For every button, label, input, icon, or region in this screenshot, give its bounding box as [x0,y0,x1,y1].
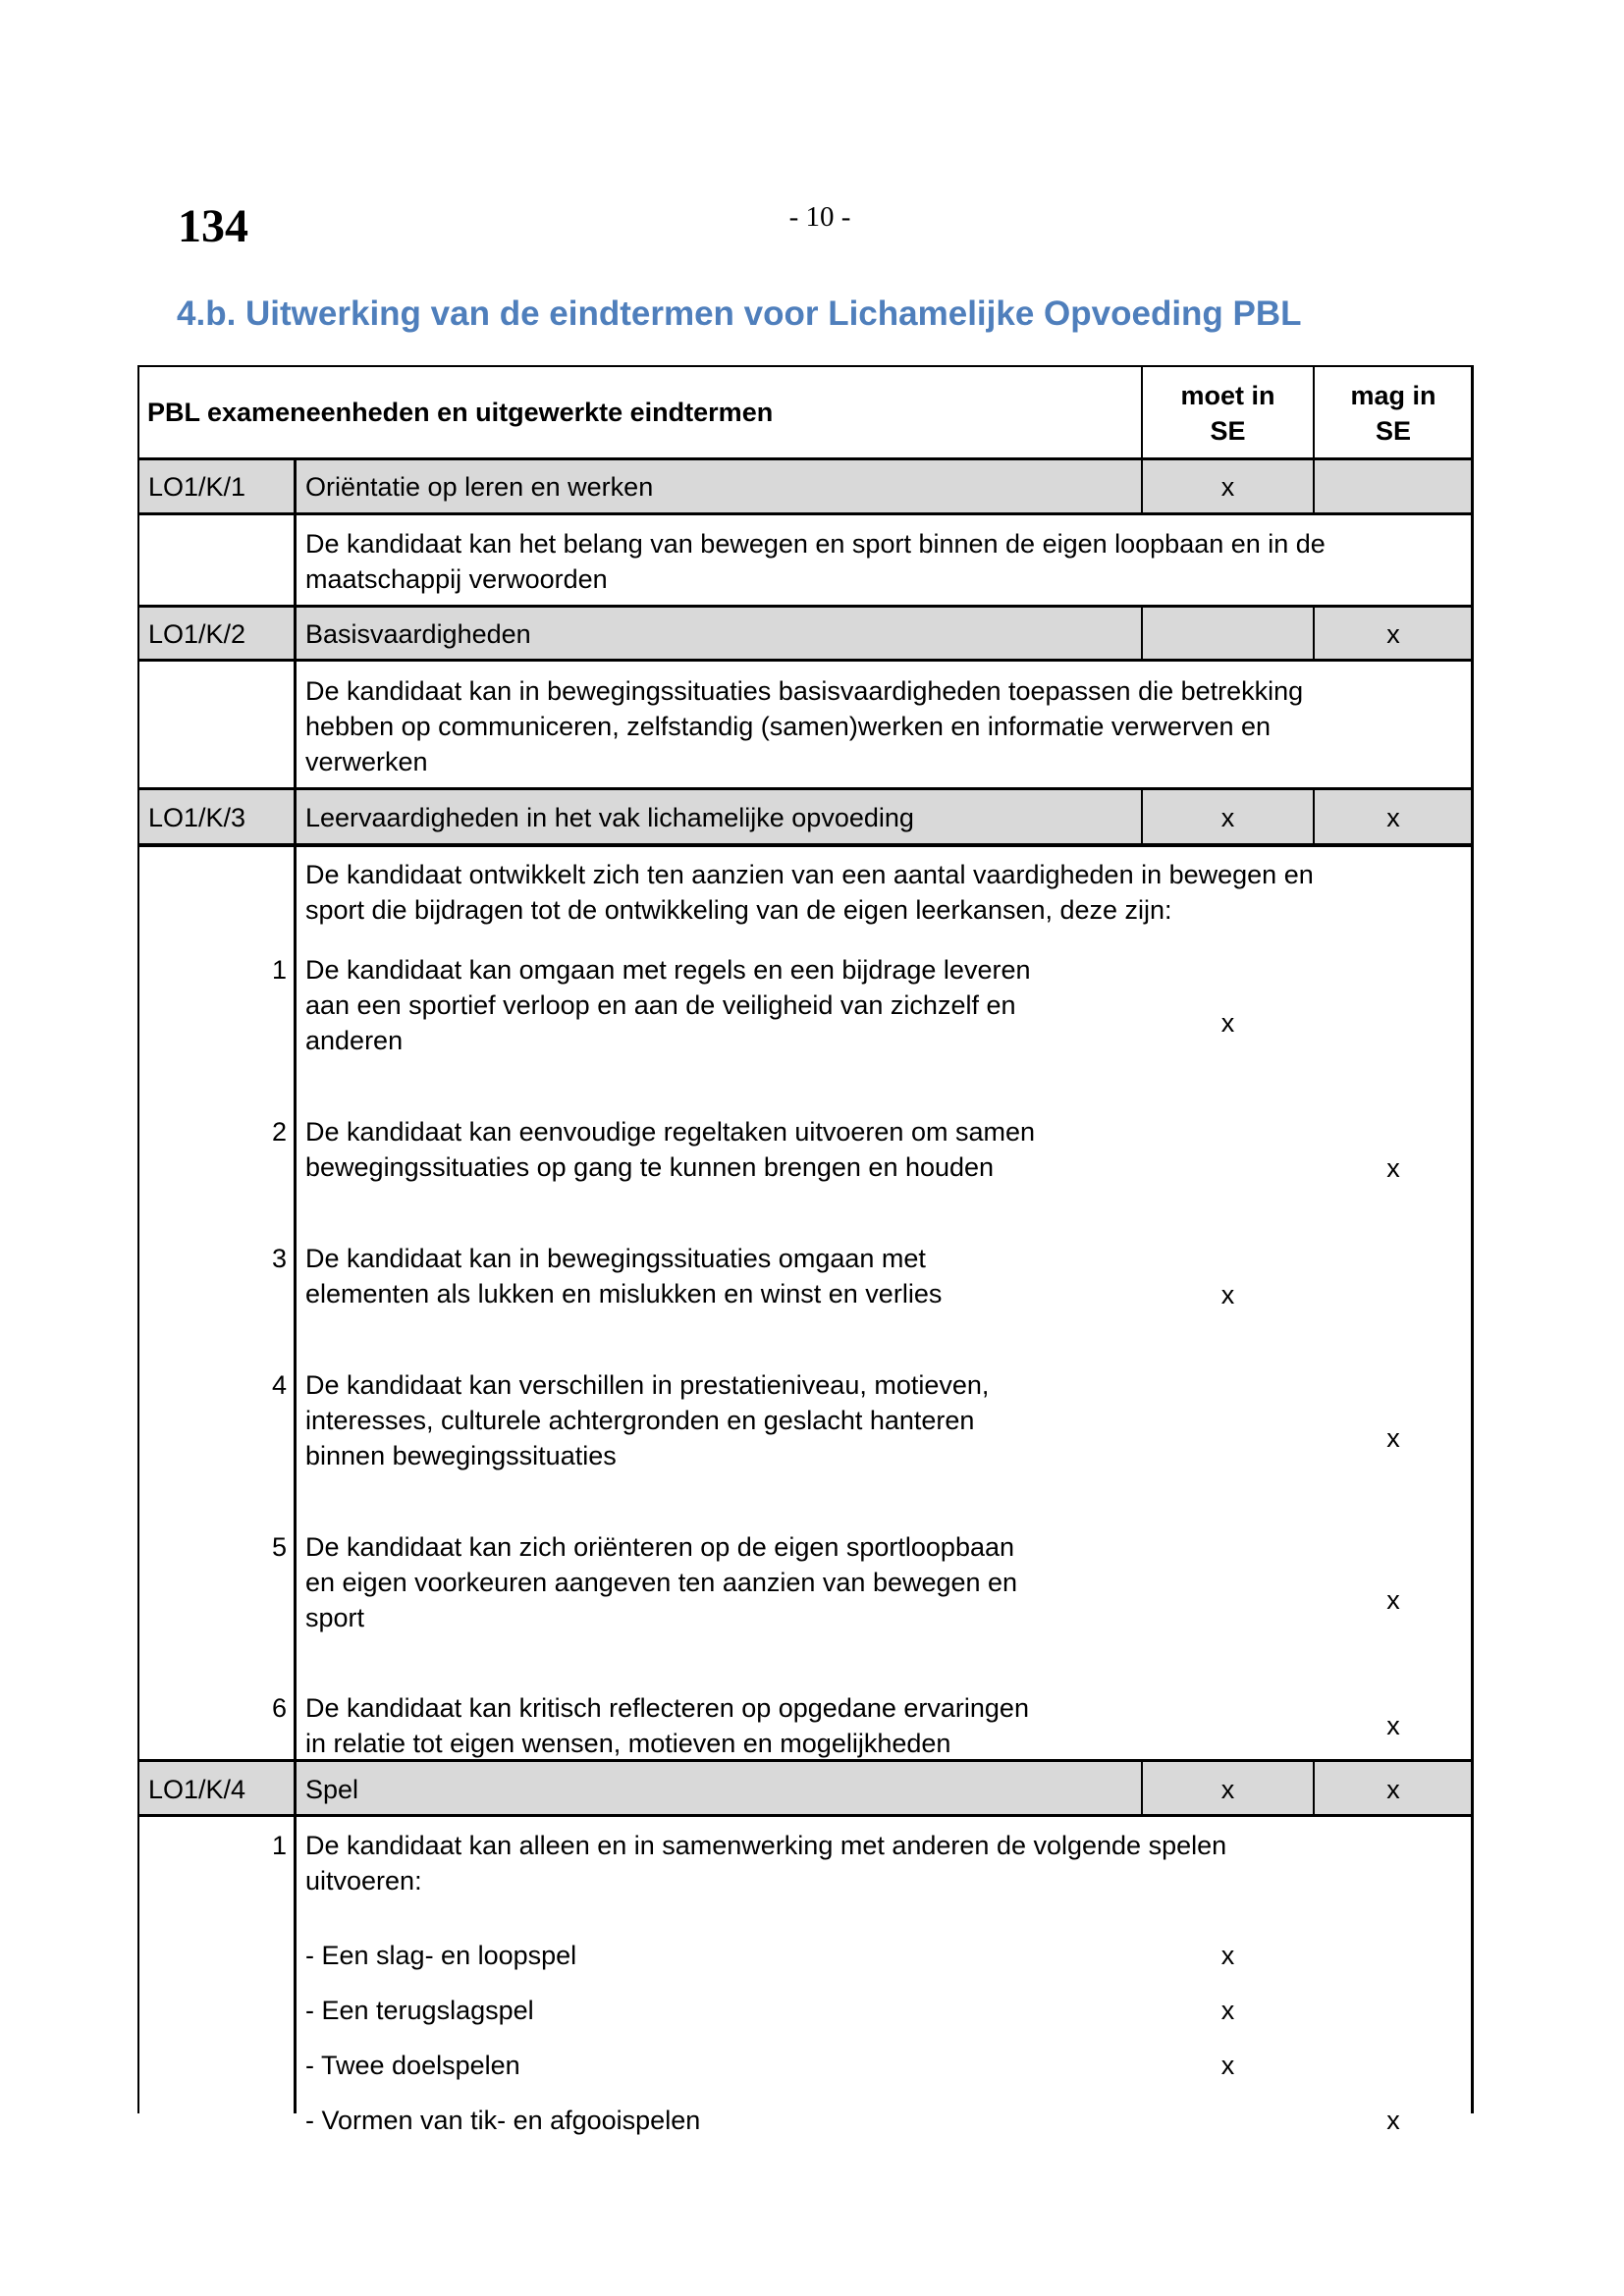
unit-moet-mark: x [1143,1772,1313,1807]
row-border [137,787,1474,790]
unit-description: De kandidaat ontwikkelt zich ten aanzien… [305,857,1314,928]
page-number: 134 [178,199,248,254]
row-border [137,659,1474,662]
item-number: 3 [255,1241,287,1276]
unit-mag-mark: x [1315,800,1472,835]
unit-title: Basisvaardigheden [305,616,531,652]
subitem-label: - Twee doelspelen [305,2048,520,2083]
row-border [137,512,1474,515]
item-text: De kandidaat kan omgaan met regels en ee… [305,952,1030,1058]
subitem-moet-mark: x [1143,1993,1313,2028]
header-moet-line2: SE [1143,413,1313,449]
table-border-left [137,366,139,2113]
unit-description: De kandidaat kan het belang van bewegen … [305,526,1326,597]
item-number: 2 [255,1114,287,1149]
item-number: 5 [255,1529,287,1565]
unit-code: LO1/K/4 [148,1772,245,1807]
row-border [137,605,1474,608]
subitem-label: - Een slag- en loopspel [305,1938,576,1973]
subitem-moet-mark: x [1143,1938,1313,1973]
item-text: De kandidaat kan verschillen in prestati… [305,1367,989,1473]
item-number: 1 [255,1828,287,1863]
header-moet-line1: moet in [1143,378,1313,413]
subitem-mag-mark: x [1315,2103,1472,2138]
unit-title: Spel [305,1772,358,1807]
item-mag-mark: x [1315,1150,1472,1186]
unit-code: LO1/K/3 [148,800,245,835]
item-text: De kandidaat kan alleen en in samenwerki… [305,1828,1226,1898]
row-border [137,1814,1474,1817]
col-divider-code [294,458,297,2113]
subitem-moet-mark: x [1143,2048,1313,2083]
table-header-title: PBL exameneenheden en uitgewerkte eindte… [147,395,773,430]
table-header-mag: mag in SE [1315,378,1472,449]
subitem-label: - Vormen van tik- en afgooispelen [305,2103,700,2138]
item-number: 1 [255,952,287,988]
row-border [137,457,1474,460]
item-number: 6 [255,1690,287,1726]
item-mag-mark: x [1315,1420,1472,1456]
unit-moet-mark: x [1143,800,1313,835]
row-border [137,843,1474,847]
item-number: 4 [255,1367,287,1403]
unit-code: LO1/K/1 [148,469,245,505]
item-text: De kandidaat kan in bewegingssituaties o… [305,1241,942,1311]
unit-mag-mark: x [1315,616,1472,652]
subitem-label: - Een terugslagspel [305,1993,534,2028]
unit-title: Leervaardigheden in het vak lichamelijke… [305,800,914,835]
unit-code: LO1/K/2 [148,616,245,652]
table-header-moet: moet in SE [1143,378,1313,449]
item-moet-mark: x [1143,1277,1313,1312]
unit-mag-mark: x [1315,1772,1472,1807]
item-text: De kandidaat kan eenvoudige regeltaken u… [305,1114,1035,1185]
unit-title: Oriëntatie op leren en werken [305,469,653,505]
item-mag-mark: x [1315,1582,1472,1618]
item-mag-mark: x [1315,1708,1472,1743]
item-text: De kandidaat kan kritisch reflecteren op… [305,1690,1029,1761]
page-number-center: - 10 - [776,200,864,234]
item-text: De kandidaat kan zich oriënteren op de e… [305,1529,1017,1635]
row-border [137,365,1474,367]
col-divider-moet-k2 [1141,606,1143,660]
item-moet-mark: x [1143,1005,1313,1041]
section-heading: 4.b. Uitwerking van de eindtermen voor L… [177,293,1302,336]
unit-description: De kandidaat kan in bewegingssituaties b… [305,673,1303,779]
unit-moet-mark: x [1143,469,1313,505]
header-mag-line1: mag in [1315,378,1472,413]
header-mag-line2: SE [1315,413,1472,449]
